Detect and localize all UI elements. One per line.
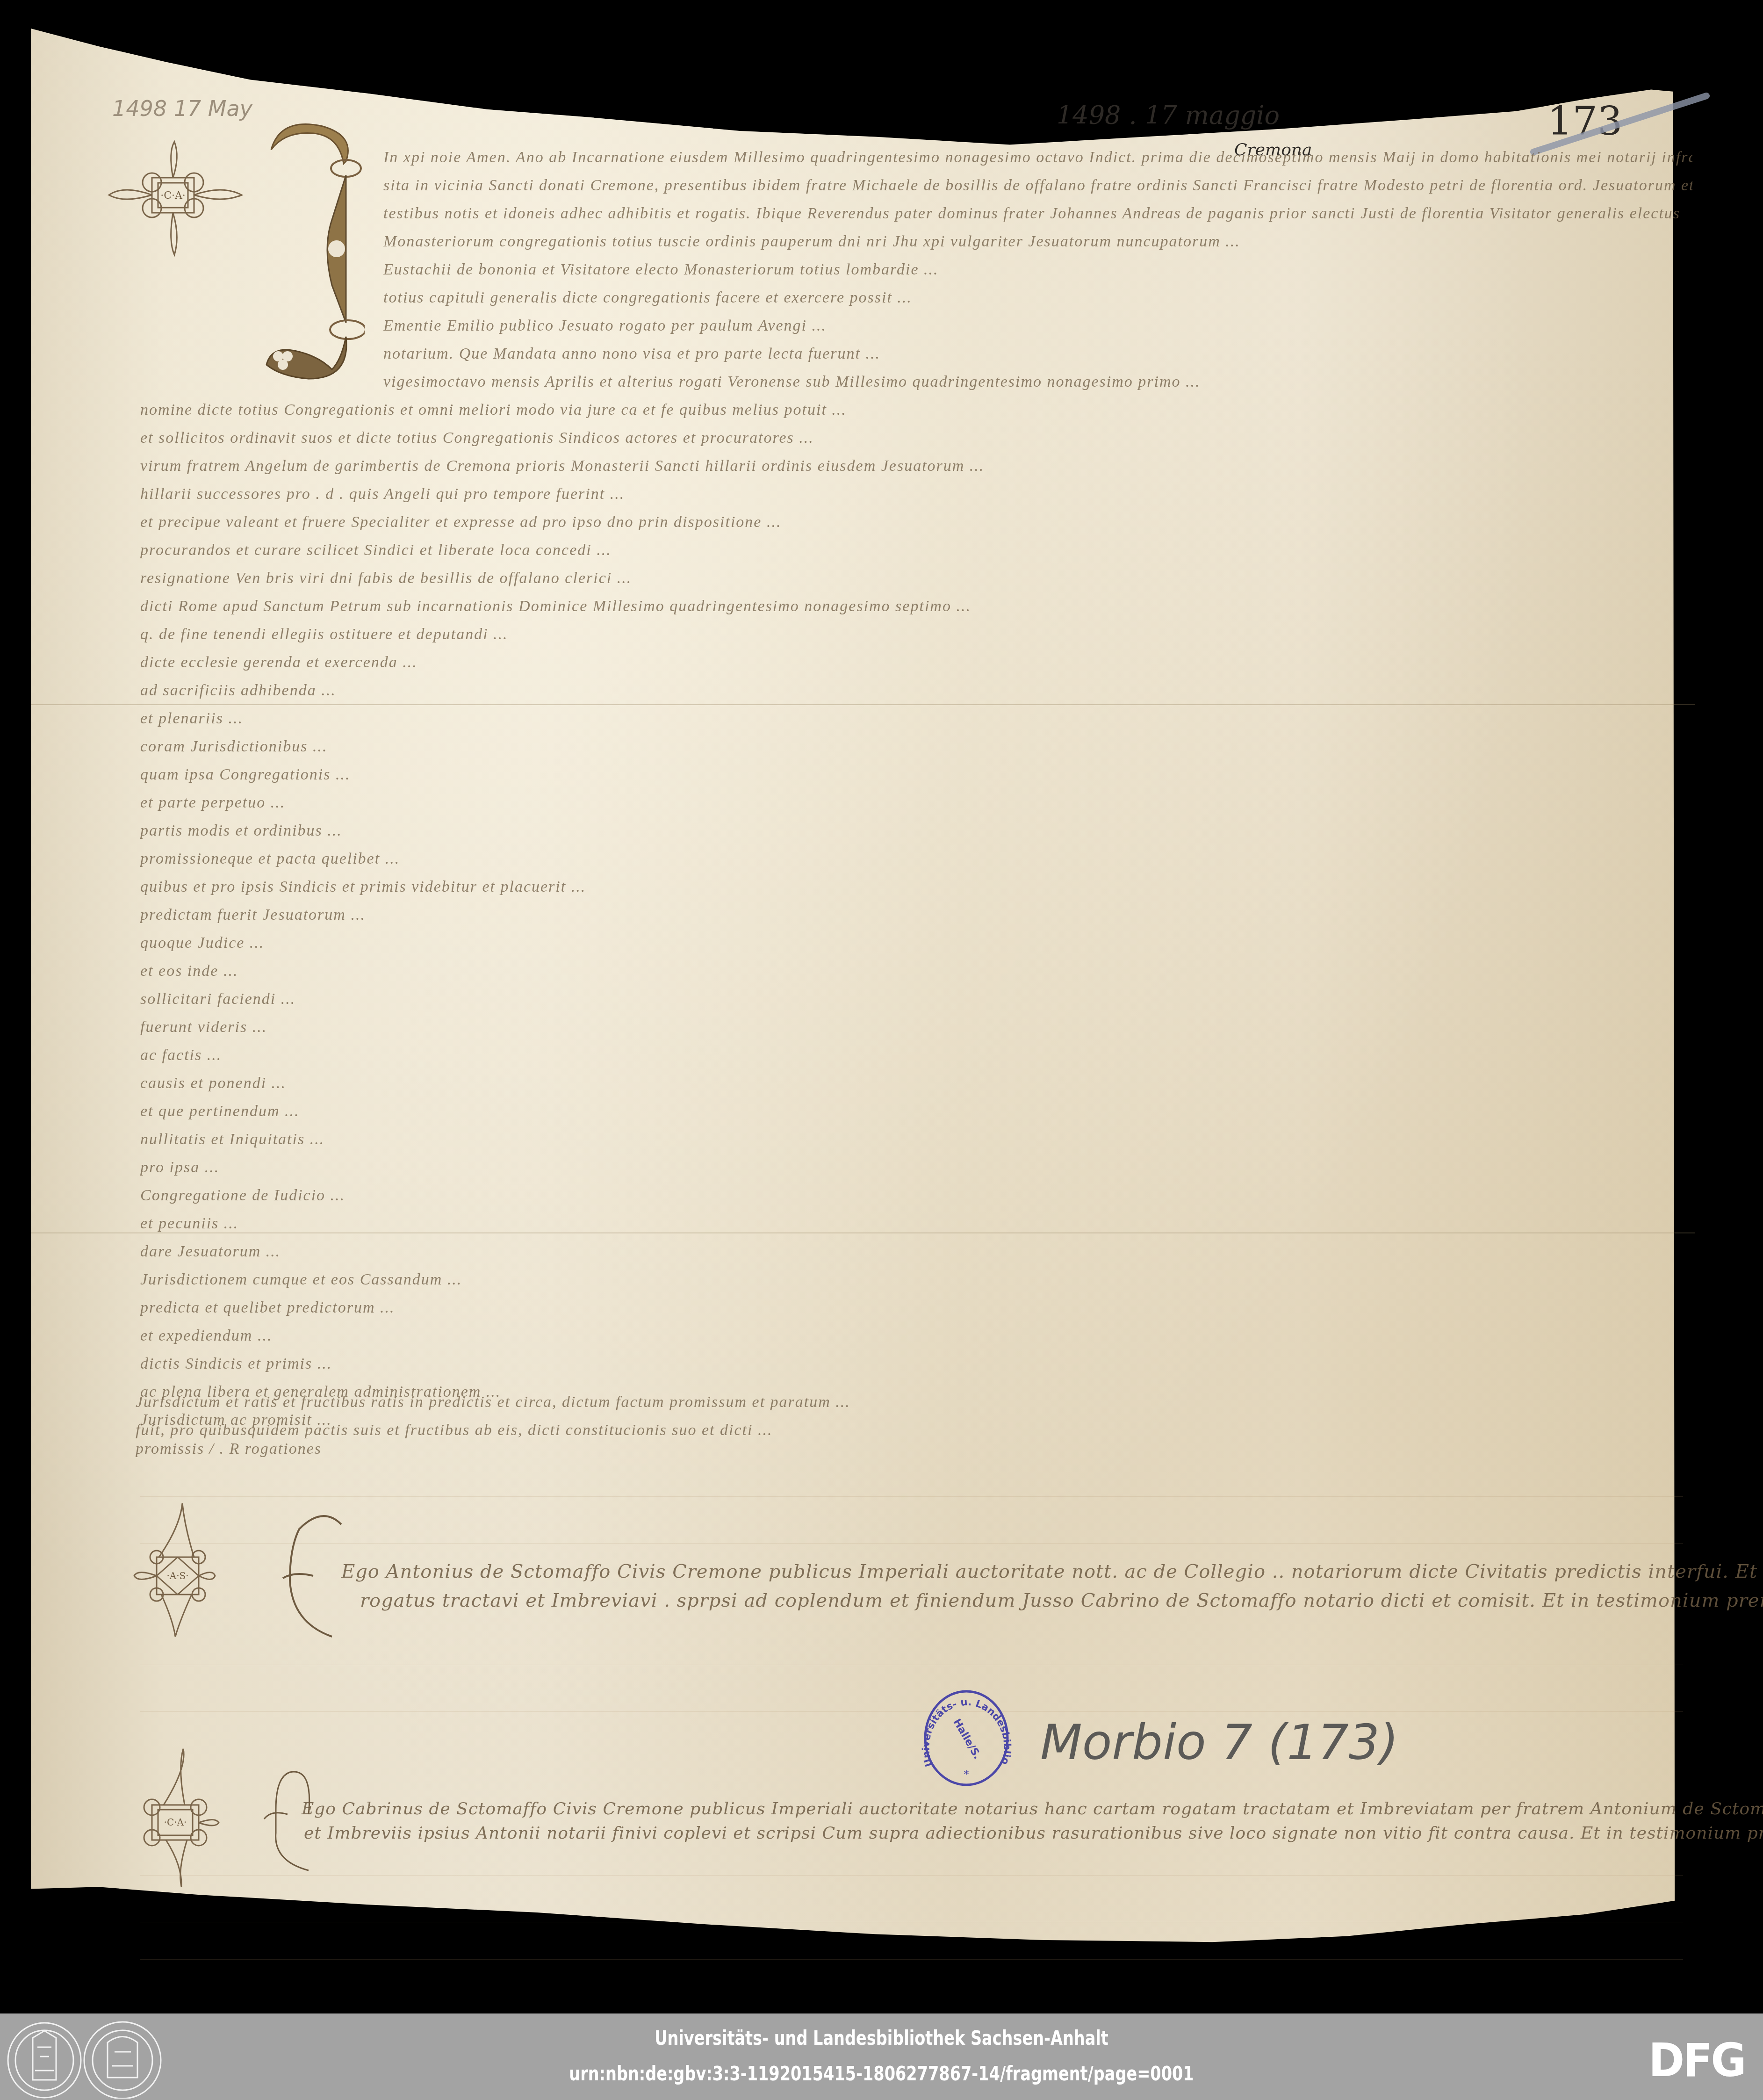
text-line: quam ipsa Congregationis ...	[140, 766, 1683, 791]
text-line: nomine dicte totius Congregationis et om…	[140, 401, 1683, 426]
text-line: hillarii successores pro . d . quis Ange…	[140, 485, 1683, 511]
text-line: sollicitari faciendi ...	[140, 990, 1683, 1016]
text-line: nullitatis et Iniquitatis ...	[140, 1131, 1683, 1156]
text-line: et expediendum ...	[140, 1327, 1683, 1352]
text-line: et pecuniis ...	[140, 1215, 1683, 1240]
text-line: Monasteriorum congregationis totius tusc…	[383, 233, 1692, 258]
notarial-sign-icon: ·A·S·	[133, 1499, 217, 1639]
subscription-initial-e-icon	[262, 1763, 323, 1875]
subscription-line: Ego Antonius de Sctomaffo Civis Cremone …	[341, 1561, 1763, 1582]
notarial-sign-icon: ·C·A·	[131, 1739, 220, 1889]
subscription-line: Ego Cabrinus de Sctomaffo Civis Cremone …	[302, 1799, 1763, 1819]
text-line: partis modis et ordinibus ...	[140, 822, 1683, 847]
text-line: dare Jesuatorum ...	[140, 1243, 1683, 1268]
text-line: promissis / . R rogationes	[136, 1440, 603, 1465]
shelfmark-note: Morbio 7 (173)	[1040, 1714, 1399, 1771]
subscription-initial-e-icon	[281, 1510, 351, 1646]
text-line: quibus et pro ipsis Sindicis et primis v…	[140, 878, 1683, 903]
text-line: In xpi noie Amen. Ano ab Incarnatione ei…	[383, 149, 1692, 174]
subscription-line: rogatus tractavi et Imbreviavi . sprpsi …	[360, 1590, 1763, 1611]
text-line: et sollicitos ordinavit suos et dicte to…	[140, 429, 1683, 455]
text-line: et eos inde ...	[140, 962, 1683, 988]
ruling-line	[140, 1665, 1683, 1665]
text-line: et plenariis ...	[140, 710, 1683, 735]
urn-identifier[interactable]: urn:nbn:de:gbv:3:3-1192015415-1806277867…	[194, 2062, 1569, 2086]
text-line: causis et ponendi ...	[140, 1075, 1683, 1100]
text-line: ac factis ...	[140, 1046, 1683, 1072]
text-line: Ementie Emilio publico Jesuato rogato pe…	[383, 317, 1692, 342]
text-line: resignatione Ven bris viri dni fabis de …	[140, 570, 1683, 595]
text-line: dicti Rome apud Sanctum Petrum sub incar…	[140, 598, 1683, 623]
text-line: procurandos et curare scilicet Sindici e…	[140, 541, 1683, 567]
text-line: et parte perpetuo ...	[140, 794, 1683, 819]
dfg-logo: DFG	[1648, 2034, 1745, 2087]
main-text-block: In xpi noie Amen. Ano ab Incarnatione ei…	[140, 0, 1697, 1459]
ruling-line	[140, 1875, 1683, 1876]
library-footer-bar: Universitäts- und Landesbibliothek Sachs…	[0, 2013, 1763, 2100]
image-viewer: 1498 17 May 1498 . 17 maggio Cremona 173…	[0, 0, 1763, 2013]
subscription-line: et Imbreviis ipsius Antonii notarii fini…	[304, 1824, 1763, 1843]
text-line: dicte ecclesie gerenda et exercenda ...	[140, 654, 1683, 679]
ruling-line	[140, 1496, 1683, 1497]
text-line: coram Jurisdictionibus ...	[140, 738, 1683, 763]
text-line: predictam fuerit Jesuatorum ...	[140, 906, 1683, 931]
ruling-line	[140, 1922, 1683, 1922]
svg-text:Halle/S.: Halle/S.	[951, 1717, 983, 1761]
text-line: Jurisdictum et ratis et fructibus ratis …	[136, 1393, 1678, 1419]
text-line: notarium. Que Mandata anno nono visa et …	[383, 345, 1692, 370]
text-line: testibus notis et idoneis adhec adhibiti…	[383, 205, 1692, 230]
text-line: Congregatione de Iudicio ...	[140, 1187, 1683, 1212]
text-line: predicta et quelibet predictorum ...	[140, 1299, 1683, 1324]
text-line: et precipue valeant et fruere Specialite…	[140, 513, 1683, 539]
text-line: et que pertinendum ...	[140, 1103, 1683, 1128]
text-line: dictis Sindicis et primis ...	[140, 1355, 1683, 1380]
university-seals-icon	[0, 2019, 168, 2099]
ruling-line	[140, 1959, 1683, 1960]
svg-text:·A·S·: ·A·S·	[166, 1570, 188, 1581]
ruling-line	[140, 1543, 1683, 1544]
text-line: Eustachii de bononia et Visitatore elect…	[383, 261, 1692, 286]
text-line: pro ipsa ...	[140, 1159, 1683, 1184]
text-line: sita in vicinia Sancti donati Cremone, p…	[383, 177, 1692, 202]
text-line: totius capituli generalis dicte congrega…	[383, 289, 1692, 314]
text-line: virum fratrem Angelum de garimbertis de …	[140, 457, 1683, 483]
text-line: fuerunt videris ...	[140, 1018, 1683, 1044]
ruling-line	[140, 1711, 1683, 1712]
institution-name: Universitäts- und Landesbibliothek Sachs…	[194, 2027, 1569, 2050]
svg-text:·C·A·: ·C·A·	[164, 1817, 187, 1828]
library-stamp-icon: Universitäts- u. Landesbibliothek Halle/…	[919, 1686, 1015, 1791]
text-line: promissioneque et pacta quelibet ...	[140, 850, 1683, 875]
text-line: vigesimoctavo mensis Aprilis et alterius…	[383, 373, 1692, 398]
text-line: q. de fine tenendi ellegiis ostituere et…	[140, 626, 1683, 651]
text-line: ad sacrificiis adhibenda ...	[140, 682, 1683, 707]
text-line: Jurisdictionem cumque et eos Cassandum .…	[140, 1271, 1683, 1296]
text-line: quoque Judice ...	[140, 934, 1683, 960]
svg-text:*: *	[964, 1768, 969, 1779]
